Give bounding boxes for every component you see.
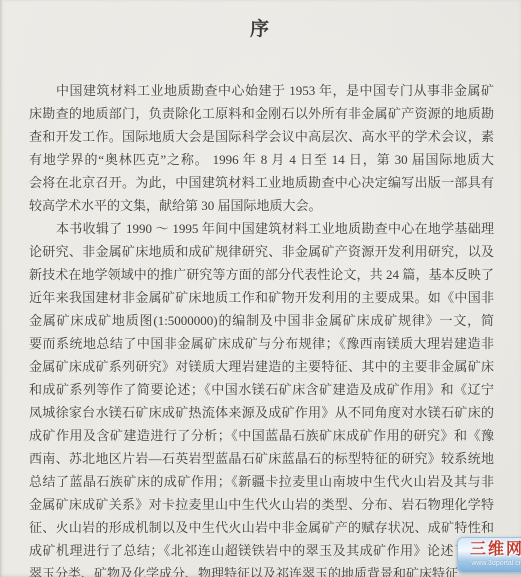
text-line: 近年来我国建材非金属矿矿床地质工作和矿物开发利用的主要成果。如《中国非 xyxy=(29,286,494,309)
text-line: 西南、苏北地区片岩—石英岩型蓝晶石矿床蓝晶石的标型特征的研究》较系统地 xyxy=(29,447,494,470)
text-line: 新技术在地学领域中的推广研究等方面的部分代表性论文，共 24 篇，基本反映了 xyxy=(29,263,494,286)
scanned-page: 序 中国建筑材料工业地质勘查中心始建于 1953 年，是中国专门从事非金属矿 床… xyxy=(0,0,521,577)
text-line: 凤城徐家台水镁石矿床成矿热流体来源及成矿作用》从不同角度对水镁石矿床的 xyxy=(29,401,494,424)
watermark-badge: 三维网 www.3dportal.cn xyxy=(457,537,521,573)
text-line: 本书收辑了 1990 ～ 1995 年间中国建筑材料工业地质勘查中心在地学基础理 xyxy=(29,217,494,240)
preface-text: 中国建筑材料工业地质勘查中心始建于 1953 年，是中国专门从事非金属矿 床勘查… xyxy=(29,79,494,577)
text-line: 会将在北京召开。为此，中国建筑材料工业地质勘查中心决定编写出版一部具有 xyxy=(29,171,494,194)
watermark-site-name: 三维网 xyxy=(458,540,521,559)
text-line: 成矿机理进行了总结；《北祁连山超镁铁岩中的翠玉及其成矿作用》论述了祁连 xyxy=(29,539,494,562)
text-line: 金属矿床成矿关系》对卡拉麦里山中生代火山岩的类型、分布、岩石物理化学特 xyxy=(29,493,494,516)
text-line: 中国建筑材料工业地质勘查中心始建于 1953 年，是中国专门从事非金属矿 xyxy=(29,79,494,102)
text-line: 较高学术水平的文集，献给第 30 届国际地质大会。 xyxy=(29,194,494,217)
text-line: 总结了蓝晶石族矿床的成矿作用；《新疆卡拉麦里山南坡中生代火山岩及其与非 xyxy=(29,470,494,493)
text-line: 金属矿床成矿系列研究》对镁质大理岩建造的主要特征、其中的主要非金属矿床 xyxy=(29,355,494,378)
text-line: 查和开发工作。国际地质大会是国际科学会议中高层次、高水平的学术会议，素 xyxy=(29,125,494,148)
text-line: 有地学界的“奥林匹克”之称。 1996 年 8 月 4 日至 14 日，第 30… xyxy=(29,148,494,171)
text-line: 翠玉分类、矿物及化学成分、物理特征以及祁连翠玉的地质背景和矿床特征 xyxy=(29,562,494,577)
text-line: 论研究、非金属矿床地质和成矿规律研究、非金属矿产资源开发利用研究，以及 xyxy=(29,240,494,263)
watermark-site-url: www.3dportal.cn xyxy=(458,559,521,568)
text-line: 成矿作用及含矿建造进行了分析；《中国蓝晶石族矿床成矿作用的研究》和《豫 xyxy=(29,424,494,447)
text-line: 征、火山岩的形成机制以及中生代火山岩中非金属矿产的赋存状况、成矿特性和 xyxy=(29,516,494,539)
page-title: 序 xyxy=(0,14,521,41)
text-line: 金属矿床成矿地质图(1:5000000)的编制及中国非金属矿床成矿规律》一文，简 xyxy=(29,309,494,332)
text-line: 和成矿系列等作了简要论述；《中国水镁石矿床含矿建造及成矿作用》和《辽宁 xyxy=(29,378,494,401)
text-line: 床勘查的地质部门，负责除化工原料和金刚石以外所有非金属矿产资源的地质勘 xyxy=(29,102,494,125)
text-line: 要而系统地总结了中国非金属矿床成矿与分布规律；《豫西南镁质大理岩建造非 xyxy=(29,332,494,355)
